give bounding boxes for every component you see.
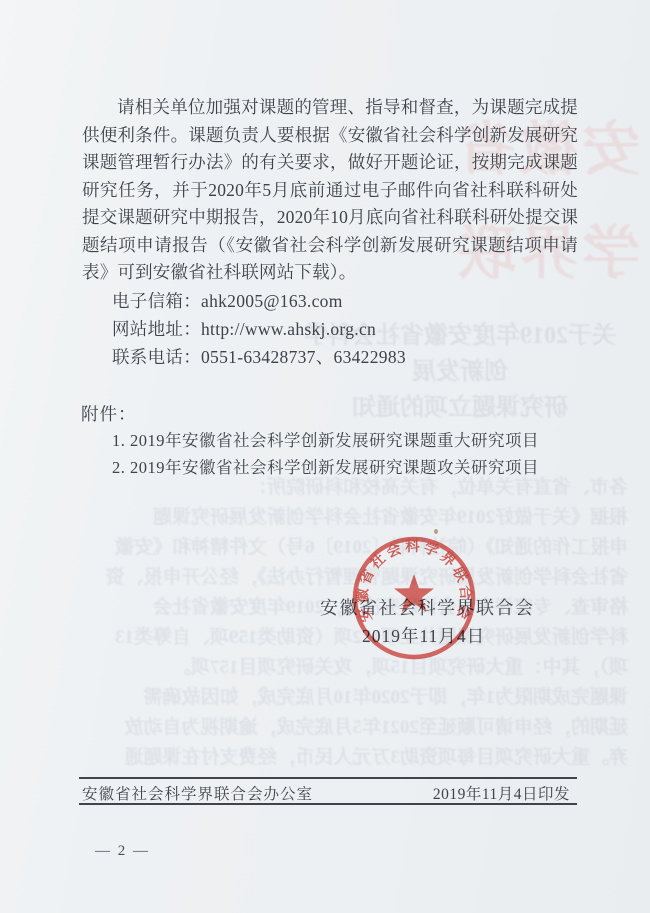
contact-email-row: 电子信箱：ahk2005@163.com	[112, 287, 406, 315]
phone-value: 0551-63428737、63422983	[201, 347, 406, 367]
attachment-item: 2. 2019年安徽省社会科学创新发展研究课题攻关研究项目	[112, 455, 539, 482]
email-label: 电子信箱：	[112, 291, 201, 311]
attachment-item: 1. 2019年安徽省社会科学创新发展研究课题重大研究项目	[112, 428, 539, 455]
bleedthrough-title-line: 研究课题立项的通知	[295, 390, 625, 426]
official-seal: 安徽省社会科学界联合会	[344, 531, 484, 671]
main-paragraph: 请相关单位加强对课题的管理、指导和督查，为课题完成提 供便利条件。课题负责人要根…	[82, 94, 578, 287]
paragraph-line: 请相关单位加强对课题的管理、指导和督查，为课题完成提	[82, 94, 578, 122]
paragraph-line: 供便利条件。课题负责人要根据《安徽省社会科学创新发展研究	[82, 122, 578, 150]
page-number: — 2 —	[95, 843, 150, 860]
paragraph-line: 研究任务，并于2020年5月底前通过电子邮件向省社科联科研处	[82, 177, 578, 205]
paragraph-line: 课题管理暂行办法》的有关要求，做好开题论证，按期完成课题	[82, 149, 578, 177]
attachments-list: 1. 2019年安徽省社会科学创新发展研究课题重大研究项目 2. 2019年安徽…	[112, 428, 539, 481]
email-value: ahk2005@163.com	[201, 291, 343, 311]
footer-top-rule	[79, 777, 577, 779]
phone-label: 联系电话：	[112, 347, 201, 367]
website-label: 网站地址：	[112, 319, 201, 339]
bleedthrough-line: 根据《关于做好2019年安徽省社会科学创新发展研究课题	[60, 503, 628, 533]
bleedthrough-line: 延期的，经申请可顺延至2021年5月底完成，逾期视为自动放	[60, 713, 628, 743]
attachments-heading: 附件：	[81, 401, 137, 426]
contact-info: 电子信箱：ahk2005@163.com 网站地址：http://www.ahs…	[112, 287, 406, 371]
bleedthrough-line: 弃。重大研究项目每项资助3万元人民币，经费支付在课题通	[60, 743, 628, 773]
paragraph-line: 提交课题研究中期报告，2020年10月底向省社科联科研处提交课	[82, 204, 578, 232]
paragraph-line: 题结项申请报告（《安徽省社会科学创新发展研究课题结项申请	[82, 232, 578, 260]
website-value: http://www.ahskj.org.cn	[201, 319, 376, 339]
footer-issuing-office: 安徽省社会科学界联合会办公室	[82, 782, 313, 804]
footer-print-date: 2019年11月4日印发	[433, 782, 570, 804]
footer-bottom-rule	[79, 803, 577, 805]
contact-phone-row: 联系电话：0551-63428737、63422983	[112, 343, 406, 371]
bleedthrough-line: 课题完成期限为1年，即于2020年10月底完成，如因故确需	[60, 683, 628, 713]
paragraph-line: 表》可到安徽省社科联网站下载）。	[82, 259, 578, 287]
paper-speck	[434, 529, 438, 534]
scanned-document-page: 安徽省社会科 学界联合会文件 关于2019年度安徽省社会科学创新发展 研究课题立…	[0, 0, 650, 913]
seal-star-icon	[394, 574, 434, 612]
contact-website-row: 网站地址：http://www.ahskj.org.cn	[112, 315, 406, 343]
